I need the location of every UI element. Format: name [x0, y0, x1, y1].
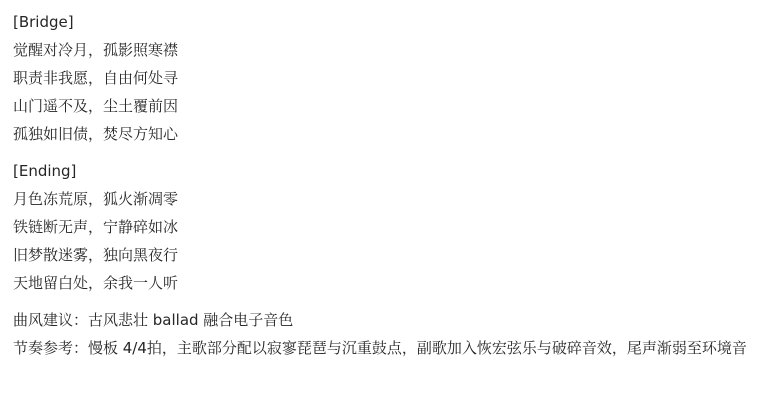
production-notes: 曲风建议：古风悲壮 ballad 融合电子音色 节奏参考：慢板 4/4拍，主歌部… — [13, 306, 775, 362]
rhythm-reference: 节奏参考：慢板 4/4拍，主歌部分配以寂寥琵琶与沉重鼓点，副歌加入恢宏弦乐与破碎… — [13, 334, 768, 362]
bridge-section: [Bridge] 觉醒对冷月，孤影照寒襟 职责非我愿，自由何处寻 山门遥不及，尘… — [13, 8, 775, 148]
lyric-line: 职责非我愿，自由何处寻 — [13, 64, 775, 92]
section-tag-ending: [Ending] — [13, 157, 775, 185]
lyric-line: 铁链断无声，宁静碎如冰 — [13, 213, 775, 241]
style-suggestion: 曲风建议：古风悲壮 ballad 融合电子音色 — [13, 306, 775, 334]
lyrics-document: [Bridge] 觉醒对冷月，孤影照寒襟 职责非我愿，自由何处寻 山门遥不及，尘… — [0, 0, 775, 362]
lyric-line: 山门遥不及，尘土覆前因 — [13, 92, 775, 120]
section-tag-bridge: [Bridge] — [13, 8, 775, 36]
lyric-line: 觉醒对冷月，孤影照寒襟 — [13, 36, 775, 64]
lyric-line: 天地留白处，余我一人听 — [13, 269, 775, 297]
lyric-line: 孤独如旧债，焚尽方知心 — [13, 120, 775, 148]
lyric-line: 月色冻荒原，狐火渐凋零 — [13, 185, 775, 213]
lyric-line: 旧梦散迷雾，独向黑夜行 — [13, 241, 775, 269]
ending-section: [Ending] 月色冻荒原，狐火渐凋零 铁链断无声，宁静碎如冰 旧梦散迷雾，独… — [13, 157, 775, 297]
